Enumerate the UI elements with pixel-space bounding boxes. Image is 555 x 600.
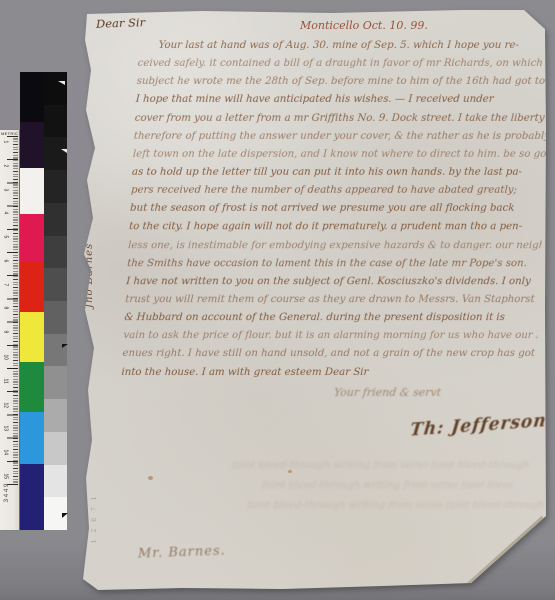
handwritten-line: trust you will remit them of course as t… (125, 291, 540, 309)
ink-stain (148, 476, 153, 480)
handwritten-line: left town on the late dispersion, and I … (132, 146, 547, 164)
handwritten-line: subject he wrote me the 28th of Sep. bef… (136, 73, 551, 91)
handwritten-line: I have not written to you on the subject… (126, 273, 541, 291)
handwritten-line: Your last at hand was of Aug. 30. mine o… (138, 37, 553, 55)
letter-body: Your last at hand was of Aug. 30. mine o… (121, 37, 553, 382)
handwritten-line: vain to ask the price of flour. but it i… (123, 327, 538, 345)
handwritten-line: enues right. I have still on hand unsold… (122, 345, 537, 363)
edge-faint-numbers: 1 2 6 7 1 (91, 494, 98, 543)
dateline: Monticello Oct. 10. 99. (300, 19, 428, 32)
bleed-through-line: faint bleed-through writing from verso f… (262, 480, 513, 491)
handwritten-line: as to hold up the letter till you can pu… (131, 164, 546, 182)
handwritten-line: I hope that mine will have anticipated h… (135, 91, 550, 109)
letter-sheet-wrapper: Dear Sir Monticello Oct. 10. 99. Your la… (0, 0, 555, 600)
handwritten-line: the Smiths have occasion to lament this … (127, 255, 542, 273)
handwritten-line: to the city. I hope again will not do it… (129, 218, 544, 236)
margin-annotation: Jno Barnes (84, 204, 95, 308)
handwritten-line: but the season of frost is not arrived w… (130, 200, 545, 218)
bleed-through-line: faint bleed-through writing from verso f… (247, 500, 548, 511)
signature: Th: Jefferson (409, 411, 548, 441)
handwritten-line: & Hubbard on account of the General. dur… (124, 309, 539, 327)
handwritten-line: less one, is inestimable for embodying e… (128, 237, 543, 255)
scan-stage: METRIC 123456789101112131415 3449 Dear S… (0, 0, 555, 600)
handwritten-line: into the house. I am with great esteem D… (121, 364, 536, 382)
closing-line: Your friend & servt (333, 386, 441, 399)
salutation: Dear Sir (96, 15, 146, 31)
ink-stain (288, 470, 292, 473)
bleed-through-line: faint bleed-through writing from verso f… (232, 460, 533, 471)
fold-crease (460, 511, 550, 589)
addressee-line: Mr. Barnes. (138, 543, 226, 561)
letter-sheet: Dear Sir Monticello Oct. 10. 99. Your la… (82, 8, 548, 590)
handwritten-line: ceived safely. it contained a bill of a … (137, 55, 552, 73)
handwritten-line: therefore of putting the answer under yo… (133, 128, 548, 146)
handwritten-line: pers received here the number of deaths … (130, 182, 545, 200)
handwritten-line: cover from you a letter from a mr Griffi… (134, 110, 549, 128)
